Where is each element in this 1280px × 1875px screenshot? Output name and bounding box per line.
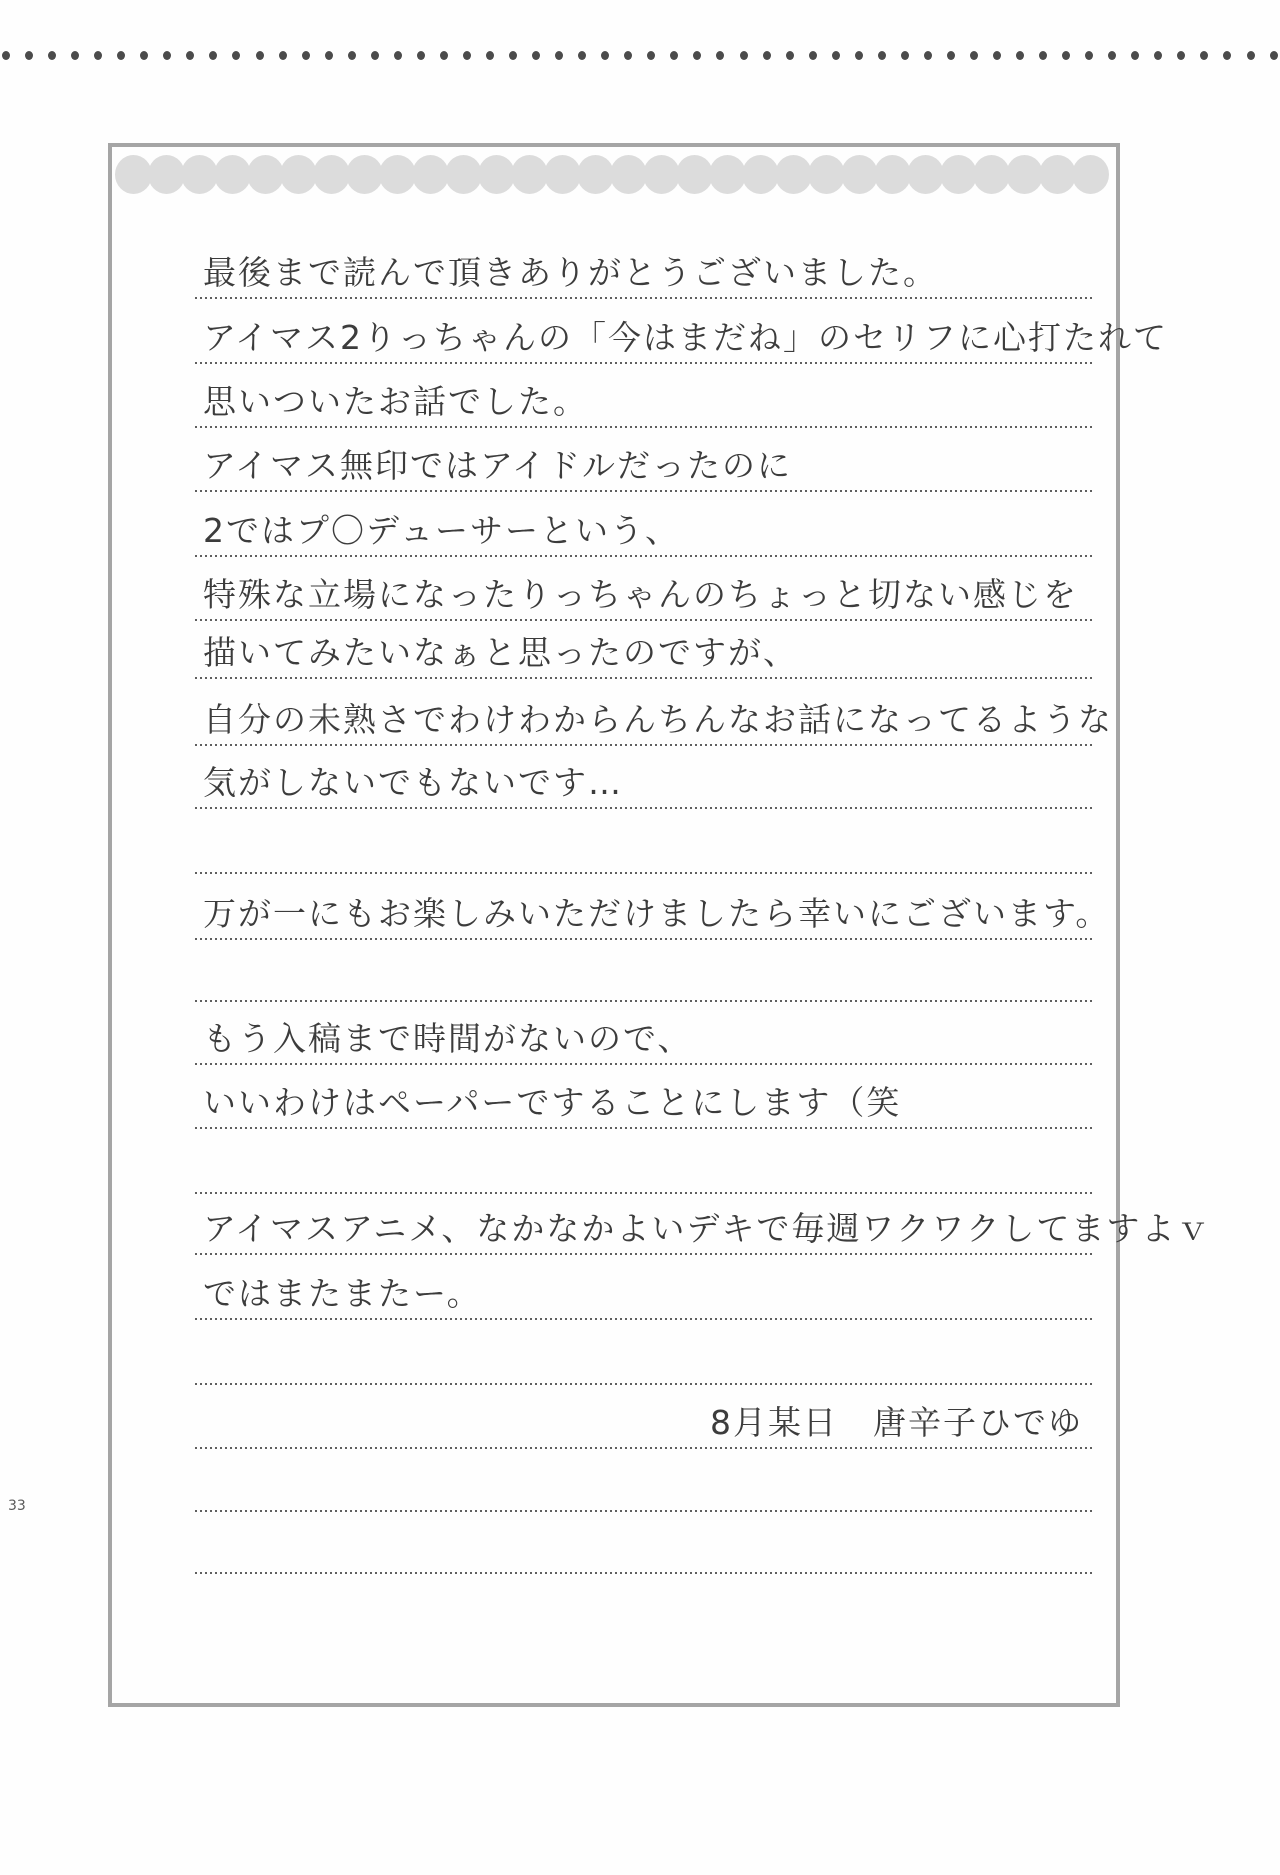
circle-icon <box>478 155 515 194</box>
dot-icon <box>279 51 287 60</box>
circle-icon <box>280 155 317 194</box>
dot-icon <box>740 51 748 60</box>
circle-icon <box>577 155 614 194</box>
note-line-text: アイマス無印ではアイドルだったのに <box>203 440 792 487</box>
circle-icon <box>379 155 416 194</box>
note-line-text: 自分の未熟さでわけわからんちんなお話になってるような <box>203 694 1113 741</box>
dot-icon <box>486 51 494 60</box>
circle-icon <box>1039 155 1076 194</box>
ruled-line: いいわけはペーパーですることにします（笑 <box>195 1127 1095 1129</box>
circle-band-decoration <box>115 155 1105 194</box>
dot-icon <box>1270 51 1278 60</box>
dot-icon <box>325 51 333 60</box>
dot-icon <box>25 51 33 60</box>
dot-icon <box>624 51 632 60</box>
dot-icon <box>1062 51 1070 60</box>
circle-icon <box>511 155 548 194</box>
circle-icon <box>907 155 944 194</box>
circle-icon <box>874 155 911 194</box>
dot-icon <box>832 51 840 60</box>
afterword-note-frame: 最後まで読んで頂きありがとうございました。 アイマス2りっちゃんの「今はまだね」… <box>108 143 1120 1707</box>
dot-icon <box>117 51 125 60</box>
ruled-line: アイマス無印ではアイドルだったのに <box>195 490 1095 492</box>
dot-icon <box>901 51 909 60</box>
dot-icon <box>670 51 678 60</box>
circle-icon <box>148 155 185 194</box>
dot-icon <box>878 51 886 60</box>
ruled-line: 万が一にもお楽しみいただけましたら幸いにございます。 <box>195 938 1095 940</box>
circle-icon <box>940 155 977 194</box>
circle-icon <box>775 155 812 194</box>
circle-icon <box>808 155 845 194</box>
dot-icon <box>71 51 79 60</box>
dot-icon <box>1131 51 1139 60</box>
circle-icon <box>709 155 746 194</box>
ruled-line <box>195 1510 1095 1512</box>
page-number: 33 <box>8 1498 26 1514</box>
dot-icon <box>232 51 240 60</box>
dot-icon <box>186 51 194 60</box>
note-line-text: 描いてみたいなぁと思ったのですが、 <box>203 627 798 674</box>
circle-icon <box>346 155 383 194</box>
dot-icon <box>1154 51 1162 60</box>
dot-icon <box>348 51 356 60</box>
dot-icon <box>1247 51 1255 60</box>
dot-icon <box>1085 51 1093 60</box>
ruled-line: 自分の未熟さでわけわからんちんなお話になってるような <box>195 744 1095 746</box>
ruled-line <box>195 1000 1095 1002</box>
dot-icon <box>463 51 471 60</box>
dot-icon <box>716 51 724 60</box>
dot-icon <box>786 51 794 60</box>
circle-icon <box>445 155 482 194</box>
note-line-text: 万が一にもお楽しみいただけましたら幸いにございます。 <box>203 888 1110 935</box>
ruled-line: アイマス2りっちゃんの「今はまだね」のセリフに心打たれて <box>195 362 1095 364</box>
circle-icon <box>610 155 647 194</box>
ruled-line: ではまたまたー。 <box>195 1318 1095 1320</box>
note-line-text: 気がしないでもないです… <box>203 757 623 804</box>
circle-icon <box>643 155 680 194</box>
ruled-line: もう入稿まで時間がないので、 <box>195 1063 1095 1065</box>
dot-icon <box>209 51 217 60</box>
dot-icon <box>394 51 402 60</box>
ruled-line: 2ではプ〇デューサーという、 <box>195 555 1095 557</box>
note-line-text: 思いついたお話でした。 <box>203 376 588 423</box>
dot-icon <box>947 51 955 60</box>
circle-icon <box>544 155 581 194</box>
ruled-line <box>195 1383 1095 1385</box>
circle-icon <box>1072 155 1109 194</box>
circle-icon <box>973 155 1010 194</box>
ruled-line <box>195 1192 1095 1194</box>
dot-icon <box>970 51 978 60</box>
dot-icon <box>48 51 56 60</box>
ruled-line: 最後まで読んで頂きありがとうございました。 <box>195 297 1095 299</box>
note-line-text: アイマス2りっちゃんの「今はまだね」のセリフに心打たれて <box>203 312 1168 359</box>
dot-icon <box>256 51 264 60</box>
dot-icon <box>94 51 102 60</box>
circle-icon <box>1006 155 1043 194</box>
scanned-afterword-page: { "page": { "number": "33" }, "note": { … <box>0 0 1280 1875</box>
dot-icon <box>1177 51 1185 60</box>
dot-icon <box>555 51 563 60</box>
circle-icon <box>742 155 779 194</box>
dot-icon <box>601 51 609 60</box>
circle-icon <box>412 155 449 194</box>
note-line-text: いいわけはペーパーですることにします（笑 <box>203 1077 901 1124</box>
dot-icon <box>693 51 701 60</box>
dot-icon <box>163 51 171 60</box>
dot-icon <box>763 51 771 60</box>
dot-icon <box>1223 51 1231 60</box>
top-dotted-border <box>2 51 1278 60</box>
note-line-text: 最後まで読んで頂きありがとうございました。 <box>203 247 938 294</box>
dot-icon <box>855 51 863 60</box>
dot-icon <box>302 51 310 60</box>
circle-icon <box>115 155 152 194</box>
dot-icon <box>417 51 425 60</box>
ruled-line: 特殊な立場になったりっちゃんのちょっと切ない感じを <box>195 619 1095 621</box>
dot-icon <box>809 51 817 60</box>
dot-icon <box>509 51 517 60</box>
circle-icon <box>676 155 713 194</box>
dot-icon <box>1016 51 1024 60</box>
dot-icon <box>532 51 540 60</box>
ruled-line <box>195 872 1095 874</box>
dot-icon <box>578 51 586 60</box>
note-line-text: 2ではプ〇デューサーという、 <box>203 505 680 552</box>
note-line-text: もう入稿まで時間がないので、 <box>203 1013 692 1060</box>
note-line-text: ではまたまたー。 <box>203 1268 482 1315</box>
ruled-line: 思いついたお話でした。 <box>195 426 1095 428</box>
ruled-line: 描いてみたいなぁと思ったのですが、 <box>195 677 1095 679</box>
circle-icon <box>214 155 251 194</box>
signature-text: 8月某日 唐辛子ひでゆ <box>710 1397 1083 1444</box>
note-line-text: アイマスアニメ、なかなかよいデキで毎週ワクワクしてますよｖ <box>203 1203 1211 1250</box>
ruled-line: 気がしないでもないです… <box>195 807 1095 809</box>
circle-icon <box>247 155 284 194</box>
dot-icon <box>440 51 448 60</box>
circle-icon <box>841 155 878 194</box>
ruled-line <box>195 1572 1095 1574</box>
dot-icon <box>2 51 10 60</box>
dot-icon <box>1108 51 1116 60</box>
note-line-text: 特殊な立場になったりっちゃんのちょっと切ない感じを <box>203 569 1078 616</box>
dot-icon <box>647 51 655 60</box>
ruled-line-signature: 8月某日 唐辛子ひでゆ <box>195 1447 1095 1449</box>
dot-icon <box>371 51 379 60</box>
dot-icon <box>993 51 1001 60</box>
circle-icon <box>313 155 350 194</box>
circle-icon <box>181 155 218 194</box>
dot-icon <box>1039 51 1047 60</box>
dot-icon <box>1200 51 1208 60</box>
ruled-line: アイマスアニメ、なかなかよいデキで毎週ワクワクしてますよｖ <box>195 1253 1095 1255</box>
dot-icon <box>924 51 932 60</box>
dot-icon <box>140 51 148 60</box>
